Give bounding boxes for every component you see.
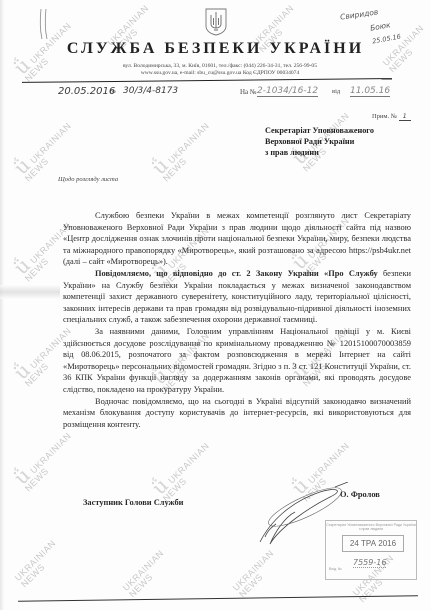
organization-name: СЛУЖБА БЕЗПЕКИ УКРАЇНИ [0,40,431,58]
body-paragraph: Повідомляємо, що відповідно до ст. 2 Зак… [63,268,411,326]
watermark: ǘUKRAINIANNEWS [152,439,217,504]
body-paragraph-lead: Повідомляємо, що відповідно до ст. 2 Зак… [95,269,378,278]
watermark: UKRAINIANNEWS [13,539,64,590]
organization-address: вул. Володимирська, 33, м. Київ, 01601, … [60,63,380,70]
letter-subject: Щодо розгляду листа [58,176,118,183]
watermark: ǘUKRAINIANNEWS [14,429,79,494]
body-paragraph: Службою безпеки України в межах компетен… [63,210,411,268]
watermark: ǘUKRAINIANNEWS [14,119,79,184]
stamp-header: Секретаріат Уповноваженого Верховної Рад… [326,523,416,531]
watermark: UKRAINIANNEWS [231,549,282,600]
body-paragraph: Водночас повідомляємо, що на сьогодні в … [63,396,411,431]
addressee-line: Верховної Ради України [265,136,374,147]
outgoing-number-label: № [110,89,116,95]
addressee-line: Секретаріат Уповноваженого [265,125,374,136]
trident-coat-of-arms-icon [205,8,227,36]
document-page: ǘUKRAINIANNEWS UKRAINIANNEWS UKRAINIANNE… [0,0,431,610]
reference-number: 2-1034/16-12 [257,86,318,97]
addressee-line: з прав людини [265,147,374,158]
reference-from-label: від [332,88,340,95]
signatory-title: Заступник Голови Служби [83,498,184,507]
pen-mark-icon [38,8,50,40]
page-bottom-edge [18,595,418,602]
reference-label: На № [240,88,257,96]
incoming-stamp: Секретаріат Уповноваженого Верховної Рад… [325,520,417,580]
stamp-incoming-number: 7559-16 [353,558,386,568]
outgoing-date: 20.05.2016 [58,86,115,97]
body-paragraph: За наявними даними, Головним управлінням… [63,326,411,396]
outgoing-number: 30/3/4-8173 [123,86,178,96]
paper-fold [0,285,60,299]
addressee-block: Секретаріат Уповноваженого Верховної Рад… [265,125,374,158]
resolution-signature: Боюк [369,20,391,32]
copy-number-label: Прим. № [372,113,397,120]
resolution-name: Свиридов [340,7,379,21]
organization-contacts: www.ssu.gov.ua, e-mail: sbu_cu@ssu.gov.u… [60,70,380,77]
stamp-incoming-label: Вхід. № [329,567,342,571]
letter-body: Службою безпеки України в межах компетен… [63,210,411,430]
header-divider [22,78,392,83]
watermark: UKRAINIANNEWS [121,549,172,600]
scan-edge-shadow [0,0,4,610]
stamp-date: 24 ТРА 2016 [342,535,404,552]
copy-number-value: 1 [399,112,411,121]
reference-date: 11.05.16 [350,86,390,97]
watermark: ǘUKRAINIANNEWS [152,119,217,184]
signatory-name: О. Фролов [340,490,380,499]
copy-number: Прим. № 1 [372,112,411,120]
